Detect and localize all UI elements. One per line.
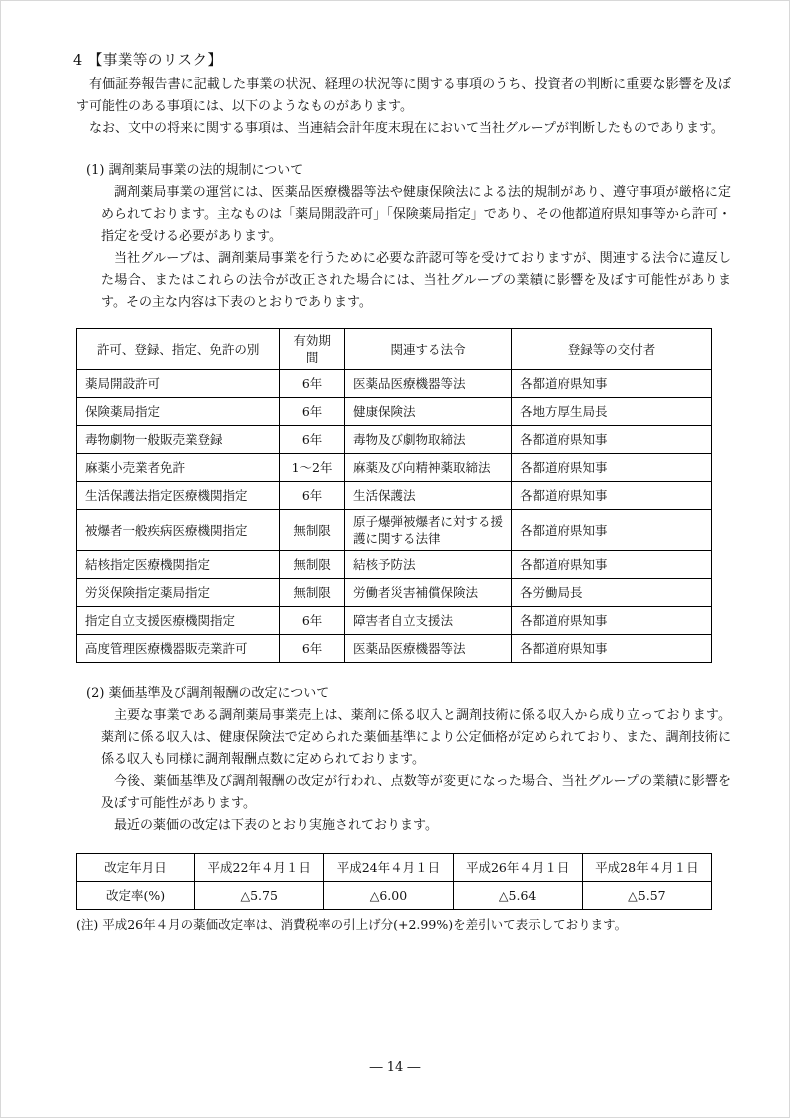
cell-law: 原子爆弾被爆者に対する援護に関する法律: [344, 510, 511, 551]
revision-date-row: 改定年月日 平成22年４月１日 平成24年４月１日 平成26年４月１日 平成28…: [77, 854, 712, 882]
table-row: 保険薬局指定 6年 健康保険法 各地方厚生局長: [77, 398, 712, 426]
section2-heading: (2) 薬価基準及び調剤報酬の改定について: [86, 683, 731, 705]
cell-period: 6年: [280, 607, 345, 635]
document-page: 4 【事業等のリスク】 有価証券報告書に記載した事業の状況、経理の状況等に関する…: [0, 0, 790, 1118]
intro-paragraph-2: なお、文中の将来に関する事項は、当連結会計年度末現在において当社グループが判断し…: [76, 118, 731, 140]
section1-heading: (1) 調剤薬局事業の法的規制について: [86, 160, 731, 182]
cell-license: 保険薬局指定: [77, 398, 280, 426]
cell-issuer: 各都道府県知事: [511, 370, 711, 398]
header-related-law: 関連する法令: [344, 329, 511, 370]
cell-period: 無制限: [280, 579, 345, 607]
cell-license: 労災保険指定薬局指定: [77, 579, 280, 607]
cell-issuer: 各都道府県知事: [511, 482, 711, 510]
section2-paragraph-3: 最近の薬価の改定は下表のとおり実施されております。: [101, 815, 731, 837]
cell-issuer: 各労働局長: [511, 579, 711, 607]
cell-license: 毒物劇物一般販売業登録: [77, 426, 280, 454]
cell-period: 6年: [280, 635, 345, 663]
cell-license: 生活保護法指定医療機関指定: [77, 482, 280, 510]
revision-rate: △6.00: [324, 882, 453, 910]
cell-law: 麻薬及び向精神薬取締法: [344, 454, 511, 482]
cell-license: 被爆者一般疾病医療機関指定: [77, 510, 280, 551]
table-row: 高度管理医療機器販売業許可 6年 医薬品医療機器等法 各都道府県知事: [77, 635, 712, 663]
table-row: 労災保険指定薬局指定 無制限 労働者災害補償保険法 各労働局長: [77, 579, 712, 607]
cell-law: 毒物及び劇物取締法: [344, 426, 511, 454]
section1-body: 調剤薬局事業の運営には、医薬品医療機器等法や健康保険法による法的規制があり、遵守…: [101, 182, 731, 314]
cell-issuer: 各都道府県知事: [511, 635, 711, 663]
revision-date: 平成24年４月１日: [324, 854, 453, 882]
revision-date: 平成22年４月１日: [195, 854, 324, 882]
cell-period: 無制限: [280, 551, 345, 579]
header-valid-period: 有効期間: [280, 329, 345, 370]
table-row: 生活保護法指定医療機関指定 6年 生活保護法 各都道府県知事: [77, 482, 712, 510]
revision-date-label: 改定年月日: [77, 854, 195, 882]
drug-price-revision-table: 改定年月日 平成22年４月１日 平成24年４月１日 平成26年４月１日 平成28…: [76, 853, 712, 910]
section2-paragraph-2: 今後、薬価基準及び調剤報酬の改定が行われ、点数等が変更になった場合、当社グループ…: [101, 771, 731, 815]
footnote: (注) 平成26年４月の薬価改定率は、消費税率の引上げ分(+2.99%)を差引い…: [76, 915, 731, 935]
cell-period: 6年: [280, 482, 345, 510]
table-row: 被爆者一般疾病医療機関指定 無制限 原子爆弾被爆者に対する援護に関する法律 各都…: [77, 510, 712, 551]
page-title: 4 【事業等のリスク】: [73, 49, 731, 70]
cell-period: 6年: [280, 370, 345, 398]
cell-law: 医薬品医療機器等法: [344, 635, 511, 663]
cell-issuer: 各都道府県知事: [511, 607, 711, 635]
intro-paragraph-1: 有価証券報告書に記載した事業の状況、経理の状況等に関する事項のうち、投資者の判断…: [76, 74, 731, 118]
revision-rate: △5.57: [582, 882, 711, 910]
section1-paragraph-1: 調剤薬局事業の運営には、医薬品医療機器等法や健康保険法による法的規制があり、遵守…: [101, 182, 731, 248]
header-license-type: 許可、登録、指定、免許の別: [77, 329, 280, 370]
table-row: 薬局開設許可 6年 医薬品医療機器等法 各都道府県知事: [77, 370, 712, 398]
cell-law: 医薬品医療機器等法: [344, 370, 511, 398]
page-content: 4 【事業等のリスク】 有価証券報告書に記載した事業の状況、経理の状況等に関する…: [61, 49, 731, 935]
revision-rate-label: 改定率(%): [77, 882, 195, 910]
cell-issuer: 各都道府県知事: [511, 426, 711, 454]
cell-law: 健康保険法: [344, 398, 511, 426]
cell-license: 薬局開設許可: [77, 370, 280, 398]
cell-period: 無制限: [280, 510, 345, 551]
cell-period: 6年: [280, 426, 345, 454]
revision-rate: △5.75: [195, 882, 324, 910]
legal-regulation-table: 許可、登録、指定、免許の別 有効期間 関連する法令 登録等の交付者 薬局開設許可…: [76, 328, 712, 663]
revision-date: 平成28年４月１日: [582, 854, 711, 882]
cell-law: 結核予防法: [344, 551, 511, 579]
revision-rate-row: 改定率(%) △5.75 △6.00 △5.64 △5.57: [77, 882, 712, 910]
cell-law: 生活保護法: [344, 482, 511, 510]
cell-license: 高度管理医療機器販売業許可: [77, 635, 280, 663]
cell-law: 労働者災害補償保険法: [344, 579, 511, 607]
cell-issuer: 各都道府県知事: [511, 551, 711, 579]
page-number: ― 14 ―: [1, 1060, 789, 1075]
cell-issuer: 各地方厚生局長: [511, 398, 711, 426]
cell-issuer: 各都道府県知事: [511, 454, 711, 482]
table-row: 麻薬小売業者免許 1～2年 麻薬及び向精神薬取締法 各都道府県知事: [77, 454, 712, 482]
table-row: 毒物劇物一般販売業登録 6年 毒物及び劇物取締法 各都道府県知事: [77, 426, 712, 454]
section2-body: 主要な事業である調剤薬局事業売上は、薬剤に係る収入と調剤技術に係る収入から成り立…: [101, 705, 731, 837]
table-row: 結核指定医療機関指定 無制限 結核予防法 各都道府県知事: [77, 551, 712, 579]
cell-license: 指定自立支援医療機関指定: [77, 607, 280, 635]
revision-date: 平成26年４月１日: [453, 854, 582, 882]
cell-license: 結核指定医療機関指定: [77, 551, 280, 579]
cell-period: 6年: [280, 398, 345, 426]
intro-block: 有価証券報告書に記載した事業の状況、経理の状況等に関する事項のうち、投資者の判断…: [76, 74, 731, 140]
table-header-row: 許可、登録、指定、免許の別 有効期間 関連する法令 登録等の交付者: [77, 329, 712, 370]
header-issuer: 登録等の交付者: [511, 329, 711, 370]
section2-paragraph-1: 主要な事業である調剤薬局事業売上は、薬剤に係る収入と調剤技術に係る収入から成り立…: [101, 705, 731, 771]
table-row: 指定自立支援医療機関指定 6年 障害者自立支援法 各都道府県知事: [77, 607, 712, 635]
cell-period: 1～2年: [280, 454, 345, 482]
revision-rate: △5.64: [453, 882, 582, 910]
cell-law: 障害者自立支援法: [344, 607, 511, 635]
section1-paragraph-2: 当社グループは、調剤薬局事業を行うために必要な許認可等を受けておりますが、関連す…: [101, 248, 731, 314]
cell-issuer: 各都道府県知事: [511, 510, 711, 551]
cell-license: 麻薬小売業者免許: [77, 454, 280, 482]
